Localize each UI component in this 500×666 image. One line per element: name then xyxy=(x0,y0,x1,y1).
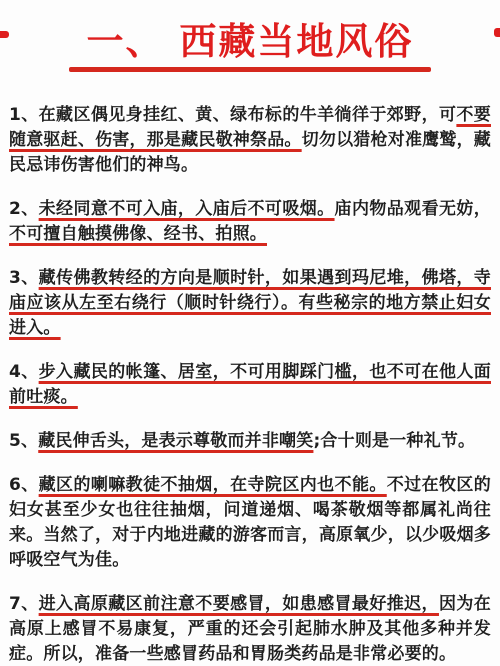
left-edge-mark xyxy=(0,31,9,38)
text-segment: 庙内物品观看无妨， xyxy=(335,199,491,219)
text-segment: 7、 xyxy=(9,594,39,614)
highlighted-text: 未经同意不可入庙，入庙后不可吸烟。 xyxy=(39,199,335,219)
text-segment: 2、 xyxy=(9,199,39,219)
paragraph-3: 3、藏传佛教转经的方向是顺时针，如果遇到玛尼堆，佛塔，寺庙应该从左至右绕行（顺时… xyxy=(9,266,491,341)
paragraph-2: 2、未经同意不可入庙，入庙后不可吸烟。庙内物品观看无妨，不可擅自触摸佛像、经书、… xyxy=(9,197,491,247)
body-paragraphs: 1、在藏区偶见身挂红、黄、绿布标的牛羊徜徉于郊野，可不要随意驱赶、伤害，那是藏民… xyxy=(9,103,491,666)
highlighted-text: 进入高原藏区前注意不要感冒，如患感冒最好推迟， xyxy=(39,594,439,614)
highlighted-text: 藏区的喇嘛教徒不抽烟，在寺院区内也不能。 xyxy=(39,475,387,495)
highlighted-text: 藏传佛教转经的方向是顺时针，如果遇到玛尼堆，佛塔，寺庙应该从左至右绕行（顺时针绕… xyxy=(9,268,491,338)
text-segment: 5、 xyxy=(9,431,38,451)
highlighted-text: 不可擅自触摸佛像、经书、拍照。 xyxy=(9,224,267,244)
title-underline xyxy=(69,67,431,72)
highlighted-text: 藏民伸舌头，是表示尊敬而并非嘲笑 xyxy=(38,431,313,451)
text-segment: ;合十则是一种礼节。 xyxy=(313,431,475,451)
highlighted-text: 步入藏民的帐篷、居室，不可用脚踩门槛，也不可在他人面前吐痰。 xyxy=(9,362,491,407)
title-block: 一、 西藏当地风俗 xyxy=(9,22,491,72)
text-segment: 4、 xyxy=(9,362,39,382)
text-segment: 3、 xyxy=(9,268,39,288)
poster-page: 一、 西藏当地风俗 1、在藏区偶见身挂红、黄、绿布标的牛羊徜徉于郊野，可不要随意… xyxy=(0,0,500,666)
paragraph-7: 7、进入高原藏区前注意不要感冒，如患感冒最好推迟，因为在高原上感冒不易康复，严重… xyxy=(9,592,491,666)
paragraph-4: 4、步入藏民的帐篷、居室，不可用脚踩门槛，也不可在他人面前吐痰。 xyxy=(9,360,491,410)
page-title: 一、 西藏当地风俗 xyxy=(9,22,491,61)
paragraph-1: 1、在藏区偶见身挂红、黄、绿布标的牛羊徜徉于郊野，可不要随意驱赶、伤害，那是藏民… xyxy=(9,103,491,178)
text-segment: 6、 xyxy=(9,475,39,495)
paragraph-5: 5、藏民伸舌头，是表示尊敬而并非嘲笑;合十则是一种礼节。 xyxy=(9,429,491,454)
text-segment: 1、在藏区偶见身挂红、黄、绿布标的牛羊徜徉于郊野，可 xyxy=(9,105,456,125)
right-edge-mark xyxy=(494,28,500,37)
paragraph-6: 6、藏区的喇嘛教徒不抽烟，在寺院区内也不能。不过在牧区的妇女甚至少女也往往抽烟，… xyxy=(9,473,491,573)
